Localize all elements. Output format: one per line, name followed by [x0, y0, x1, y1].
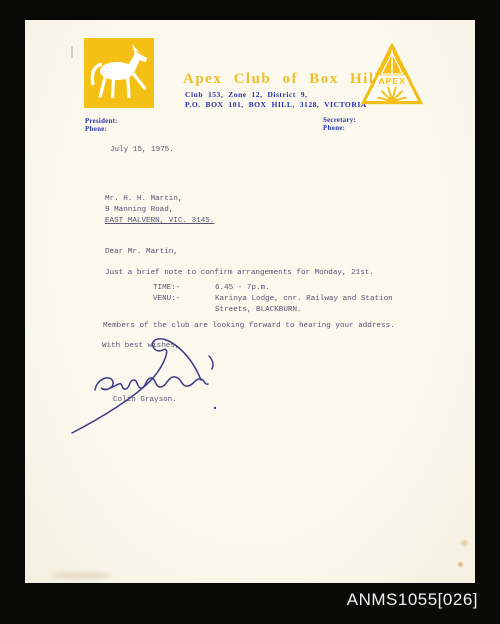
address-line: P.O. BOX 101, BOX HILL, 3128, VICTORIA [185, 100, 367, 109]
recipient-name: Mr. H. H. Martin, [105, 194, 214, 205]
body-line-1: Just a brief note to confirm arrangement… [105, 268, 374, 279]
president-block: President: Phone: [85, 118, 118, 133]
time-value: 6.45 - 7p.m. [215, 283, 270, 294]
secretary-block: Secretary: Phone: [323, 117, 356, 132]
venue-value-line2: Streets, BLACKBURN. [215, 305, 302, 316]
letter-date: July 15, 1975. [110, 145, 174, 156]
paper-smudge [52, 572, 110, 579]
horse-logo [84, 38, 154, 108]
president-phone-label: Phone: [85, 126, 118, 134]
secretary-label: Secretary: [323, 117, 356, 125]
valediction: With best wishes, [102, 341, 179, 352]
letter-scan: Apex Club of Box Hill Club 153, Zone 12,… [25, 20, 475, 583]
venue-label: VENU:- [153, 294, 180, 305]
president-label: President: [85, 118, 118, 126]
apex-triangle-logo: APEX [361, 43, 423, 105]
org-title: Apex Club of Box Hill [183, 71, 380, 88]
apex-triangle-icon: APEX [361, 43, 423, 105]
recipient-suburb: EAST MALVERN, VIC. 3145. [105, 216, 214, 227]
paper-stain [461, 540, 468, 546]
recipient-address: Mr. H. H. Martin, 9 Manning Road, EAST M… [105, 194, 214, 227]
secretary-phone-label: Phone: [323, 125, 356, 133]
apex-logo-text: APEX [378, 76, 405, 86]
paper-stain [458, 562, 463, 567]
venue-value-line1: Karinya Lodge, cnr. Railway and Station [215, 294, 393, 305]
club-line: Club 153, Zone 12, District 9, [185, 90, 307, 99]
body-line-2: Members of the club are looking forward … [103, 321, 395, 332]
signatory-name: Colin Grayson. [113, 395, 177, 406]
salutation: Dear Mr. Martin, [105, 247, 178, 258]
recipient-street: 9 Manning Road, [105, 205, 214, 216]
archive-reference-label: ANMS1055[026] [347, 590, 478, 610]
horse-icon [84, 38, 154, 108]
time-label: TIME:- [153, 283, 180, 294]
paper-mark [71, 46, 73, 58]
